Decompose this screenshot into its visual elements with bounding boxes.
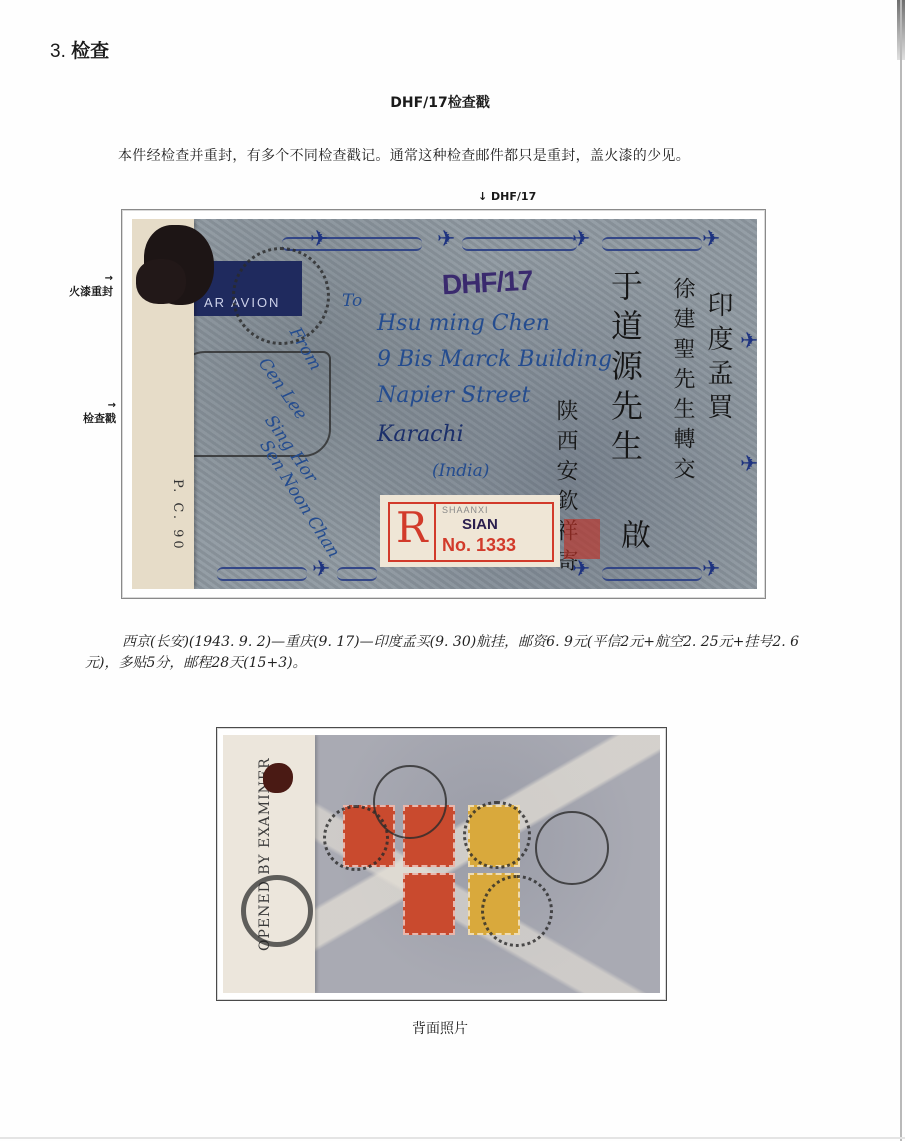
plane-icon: ✈ bbox=[702, 559, 720, 581]
postmark bbox=[481, 875, 553, 947]
registration-city: SIAN bbox=[462, 516, 498, 533]
exhibit-intro: 本件经检查并重封，有多个不同检查戳记。通常这种检查邮件都只是重封，盖火漆的少见。 bbox=[118, 145, 690, 165]
chinese-address-line: 啟 bbox=[610, 519, 654, 557]
plane-icon: ✈ bbox=[437, 229, 455, 251]
postmark bbox=[373, 765, 447, 839]
back-photo-caption: 背面照片 bbox=[0, 1018, 880, 1038]
wax-seal bbox=[136, 259, 186, 304]
address-prefix: To bbox=[342, 291, 362, 311]
dhf17-censor-stamp: DHF/17 bbox=[441, 265, 533, 302]
postmark bbox=[535, 811, 609, 885]
arrow-right-icon: → bbox=[46, 402, 116, 410]
registration-province: SHAANXI bbox=[442, 505, 489, 515]
pc90-text: P. C. 90 bbox=[170, 479, 185, 552]
plane-icon: ✈ bbox=[312, 559, 330, 581]
back-cover-photo: OPENED BY EXAMINER bbox=[216, 727, 667, 1001]
chinese-address-line: 徐建聖先生轉交 bbox=[667, 277, 698, 487]
section-heading: 3. 检查 bbox=[50, 36, 109, 63]
front-cover-photo: ✈ ✈ ✈ ✈ ✈ ✈ ✈ ✈ ✈ AR AVION P. C. 90 DHF/… bbox=[121, 209, 766, 599]
plane-icon: ✈ bbox=[740, 454, 757, 476]
red-seal-chop bbox=[564, 519, 600, 559]
postage-stamp bbox=[403, 873, 455, 935]
section-number: 3. bbox=[50, 41, 66, 62]
envelope-back: OPENED BY EXAMINER bbox=[223, 735, 660, 993]
censor-mark-label: → 检查戳 bbox=[46, 402, 116, 426]
plane-icon: ✈ bbox=[702, 229, 720, 251]
registration-divider bbox=[434, 504, 436, 560]
arrow-right-icon: → bbox=[43, 275, 113, 283]
registration-r: R bbox=[396, 507, 428, 549]
address-line: Karachi bbox=[377, 422, 464, 447]
plane-icon: ✈ bbox=[572, 229, 590, 251]
plane-icon: ✈ bbox=[740, 331, 757, 353]
exhibit-subtitle: DHF/17检查戳 bbox=[0, 92, 880, 112]
address-line: Napier Street bbox=[377, 383, 530, 408]
wax-seal bbox=[263, 763, 293, 793]
airmail-border-wave bbox=[602, 567, 702, 581]
postmark bbox=[463, 801, 531, 869]
section-title: 检查 bbox=[71, 40, 109, 62]
route-caption: 西京(长安)(1943. 9. 2)—重庆(9. 17)—印度孟买(9. 30)… bbox=[85, 632, 815, 674]
airmail-border-wave bbox=[462, 237, 577, 251]
address-line: (India) bbox=[432, 461, 489, 481]
wax-reseal-text: 火漆重封 bbox=[69, 285, 113, 298]
page-edge bbox=[900, 0, 902, 1141]
registration-label: R SHAANXI SIAN No. 1333 bbox=[380, 495, 560, 567]
address-line: Hsu ming Chen bbox=[377, 311, 550, 336]
postmark bbox=[241, 875, 313, 947]
censor-mark-text: 检查戳 bbox=[83, 412, 116, 425]
page-bottom-edge bbox=[0, 1137, 905, 1139]
chinese-address-line: 于道源先生 bbox=[602, 269, 648, 469]
dhf17-pointer-label: ↓ DHF/17 bbox=[478, 190, 536, 203]
plane-icon: ✈ bbox=[310, 229, 328, 251]
airmail-border-wave bbox=[337, 567, 377, 581]
address-line: 9 Bis Marck Building bbox=[377, 347, 612, 372]
postmark bbox=[232, 247, 330, 345]
envelope-front: ✈ ✈ ✈ ✈ ✈ ✈ ✈ ✈ ✈ AR AVION P. C. 90 DHF/… bbox=[132, 219, 757, 589]
wax-reseal-label: → 火漆重封 bbox=[43, 275, 113, 299]
chinese-address-line: 印度孟買 bbox=[700, 291, 737, 427]
registration-number: No. 1333 bbox=[442, 535, 516, 556]
airmail-border-wave bbox=[602, 237, 702, 251]
airmail-border-wave bbox=[217, 567, 307, 581]
airmail-border-wave bbox=[282, 237, 422, 251]
